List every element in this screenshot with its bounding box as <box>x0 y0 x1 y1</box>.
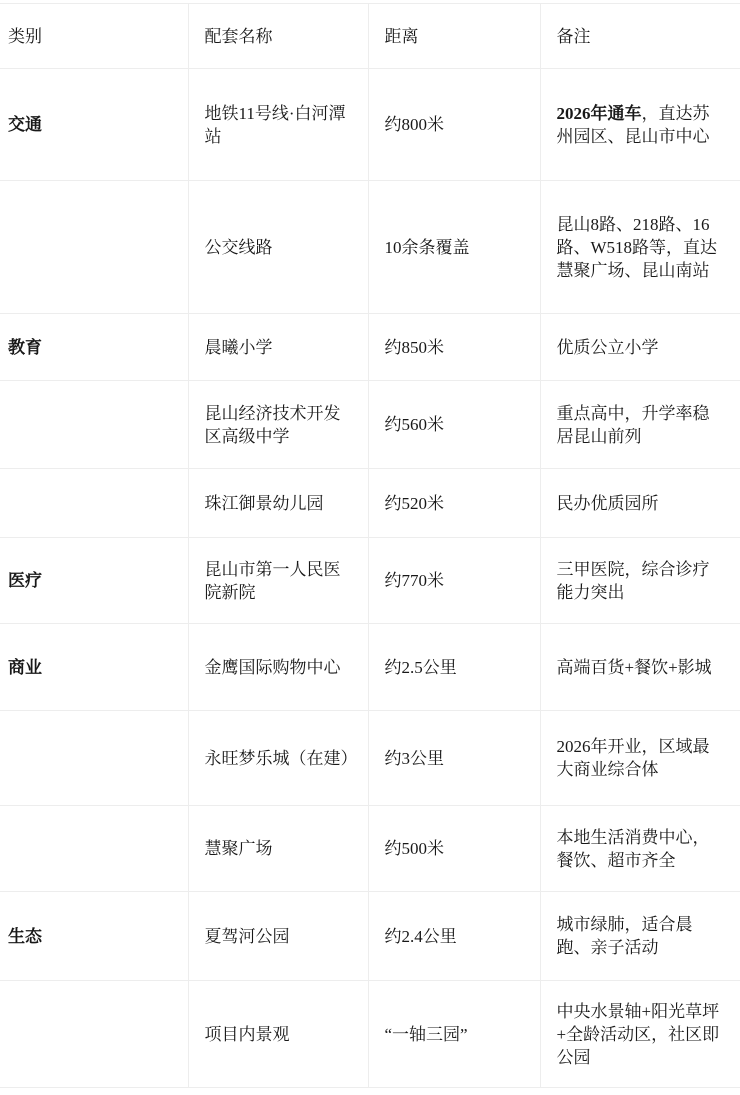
category-cell: 商业 <box>0 624 188 711</box>
name-cell: 珠江御景幼儿园 <box>188 469 368 538</box>
note-cell: 高端百货+餐饮+影城 <box>540 624 740 711</box>
name-cell: 项目内景观 <box>188 981 368 1088</box>
column-header-name: 配套名称 <box>188 4 368 69</box>
note-cell: 优质公立小学 <box>540 314 740 381</box>
table-row: 项目内景观“一轴三园”中央水景轴+阳光草坪+全龄活动区，社区即公园 <box>0 981 740 1088</box>
note-cell: 城市绿肺，适合晨跑、亲子活动 <box>540 892 740 981</box>
note-cell: 中央水景轴+阳光草坪+全龄活动区，社区即公园 <box>540 981 740 1088</box>
name-cell: 夏驾河公园 <box>188 892 368 981</box>
table-header-row: 类别 配套名称 距离 备注 <box>0 4 740 69</box>
category-cell <box>0 806 188 892</box>
distance-cell: 约560米 <box>368 381 540 469</box>
amenities-table: 类别 配套名称 距离 备注 交通地铁11号线·白河潭站约800米2026年通车，… <box>0 3 740 1088</box>
name-cell: 金鹰国际购物中心 <box>188 624 368 711</box>
category-cell <box>0 469 188 538</box>
note-highlight: 2026年通车 <box>557 104 642 123</box>
table-row: 医疗昆山市第一人民医院新院约770米三甲医院，综合诊疗能力突出 <box>0 538 740 624</box>
category-cell: 医疗 <box>0 538 188 624</box>
distance-cell: 约2.5公里 <box>368 624 540 711</box>
distance-cell: 约800米 <box>368 69 540 181</box>
note-cell: 昆山8路、218路、16路、W518路等，直达慧聚广场、昆山南站 <box>540 181 740 314</box>
distance-cell: 10余条覆盖 <box>368 181 540 314</box>
column-header-category: 类别 <box>0 4 188 69</box>
table-row: 慧聚广场约500米本地生活消费中心，餐饮、超市齐全 <box>0 806 740 892</box>
table-row: 永旺梦乐城（在建）约3公里2026年开业，区域最大商业综合体 <box>0 711 740 806</box>
distance-cell: 约520米 <box>368 469 540 538</box>
table-row: 商业金鹰国际购物中心约2.5公里高端百货+餐饮+影城 <box>0 624 740 711</box>
table-row: 公交线路10余条覆盖昆山8路、218路、16路、W518路等，直达慧聚广场、昆山… <box>0 181 740 314</box>
distance-cell: 约500米 <box>368 806 540 892</box>
column-header-note: 备注 <box>540 4 740 69</box>
name-cell: 公交线路 <box>188 181 368 314</box>
name-cell: 永旺梦乐城（在建） <box>188 711 368 806</box>
note-cell: 2026年通车，直达苏州园区、昆山市中心 <box>540 69 740 181</box>
note-cell: 民办优质园所 <box>540 469 740 538</box>
note-cell: 三甲医院，综合诊疗能力突出 <box>540 538 740 624</box>
distance-cell: 约3公里 <box>368 711 540 806</box>
category-cell <box>0 711 188 806</box>
category-cell: 生态 <box>0 892 188 981</box>
table-row: 交通地铁11号线·白河潭站约800米2026年通车，直达苏州园区、昆山市中心 <box>0 69 740 181</box>
note-cell: 本地生活消费中心，餐饮、超市齐全 <box>540 806 740 892</box>
name-cell: 地铁11号线·白河潭站 <box>188 69 368 181</box>
name-cell: 昆山市第一人民医院新院 <box>188 538 368 624</box>
distance-cell: 约850米 <box>368 314 540 381</box>
note-cell: 重点高中，升学率稳居昆山前列 <box>540 381 740 469</box>
table-body: 交通地铁11号线·白河潭站约800米2026年通车，直达苏州园区、昆山市中心公交… <box>0 69 740 1088</box>
category-cell: 交通 <box>0 69 188 181</box>
table-row: 昆山经济技术开发区高级中学约560米重点高中，升学率稳居昆山前列 <box>0 381 740 469</box>
name-cell: 晨曦小学 <box>188 314 368 381</box>
distance-cell: 约770米 <box>368 538 540 624</box>
distance-cell: 约2.4公里 <box>368 892 540 981</box>
category-cell <box>0 381 188 469</box>
name-cell: 昆山经济技术开发区高级中学 <box>188 381 368 469</box>
category-cell <box>0 181 188 314</box>
name-cell: 慧聚广场 <box>188 806 368 892</box>
note-cell: 2026年开业，区域最大商业综合体 <box>540 711 740 806</box>
table-row: 教育晨曦小学约850米优质公立小学 <box>0 314 740 381</box>
category-cell: 教育 <box>0 314 188 381</box>
distance-cell: “一轴三园” <box>368 981 540 1088</box>
table-row: 生态夏驾河公园约2.4公里城市绿肺，适合晨跑、亲子活动 <box>0 892 740 981</box>
table-row: 珠江御景幼儿园约520米民办优质园所 <box>0 469 740 538</box>
category-cell <box>0 981 188 1088</box>
column-header-distance: 距离 <box>368 4 540 69</box>
